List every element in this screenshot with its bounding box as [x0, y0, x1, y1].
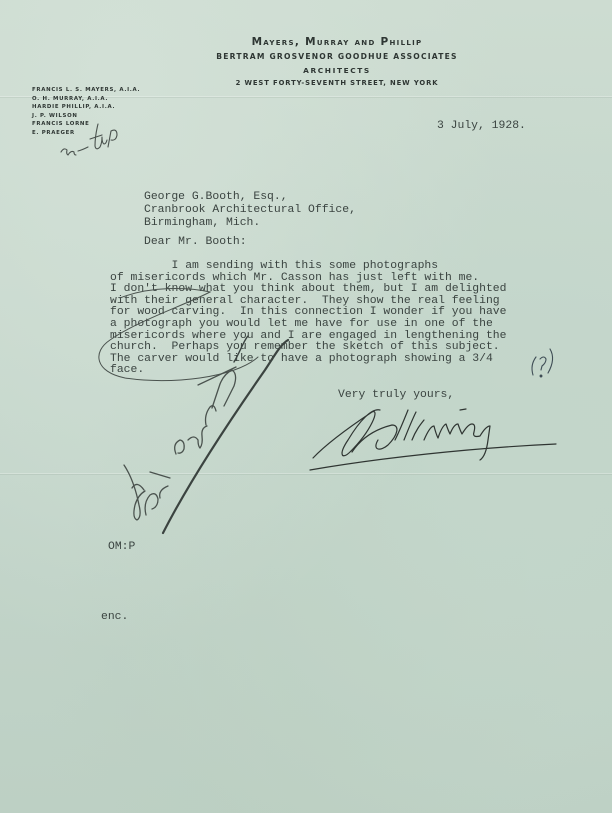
partners-list: FRANCIS L. S. MAYERS, A.I.A. O. H. MURRA…: [32, 86, 140, 138]
letterhead-address: 2 WEST FORTY-SEVENTH STREET, NEW YORK: [62, 79, 612, 88]
letterhead-profession: ARCHITECTS: [62, 65, 612, 76]
body-line: church. Perhaps you remember the sketch …: [110, 342, 506, 354]
body-line: I am sending with this some photographs: [110, 261, 506, 273]
closing: Very truly yours,: [338, 389, 454, 401]
letterhead-firm-name: Mayers, Murray and Phillip: [62, 36, 612, 48]
addressee-line: George G.Booth, Esq.,: [144, 191, 356, 204]
body-line: The carver would like to have a photogra…: [110, 354, 506, 366]
partner-name: J. P. WILSON: [32, 112, 140, 121]
addressee-line: Cranbrook Architectural Office,: [144, 204, 356, 217]
addressee-block: George G.Booth, Esq.,Cranbrook Architect…: [144, 191, 356, 230]
signature: [310, 409, 556, 470]
partner-name: FRANCIS L. S. MAYERS, A.I.A.: [32, 86, 140, 95]
letter-page: Mayers, Murray and Phillip BERTRAM GROSV…: [0, 0, 612, 813]
reference-initials: OM:P: [108, 541, 135, 553]
letterhead: Mayers, Murray and Phillip BERTRAM GROSV…: [0, 36, 612, 88]
partner-name: FRANCIS LORNE: [32, 120, 140, 129]
addressee-line: Birmingham, Mich.: [144, 217, 356, 230]
enclosure-note: enc.: [101, 611, 128, 623]
body-line: face.: [110, 365, 506, 377]
partner-name: O. H. MURRAY, A.I.A.: [32, 95, 140, 104]
partner-name: HARDIE PHILLIP, A.I.A.: [32, 103, 140, 112]
letter-body: I am sending with this some photographso…: [110, 261, 506, 377]
body-line: a photograph you would let me have for u…: [110, 319, 506, 331]
letter-date: 3 July, 1928.: [437, 120, 526, 132]
paper-fold-line: [0, 473, 612, 474]
partner-name: E. PRAEGER: [32, 129, 140, 138]
handwritten-photo-out-annotation: [124, 367, 236, 520]
handwritten-query-mark: [532, 349, 553, 377]
salutation: Dear Mr. Booth:: [144, 236, 247, 248]
letterhead-associates: BERTRAM GROSVENOR GOODHUE ASSOCIATES: [62, 51, 612, 62]
